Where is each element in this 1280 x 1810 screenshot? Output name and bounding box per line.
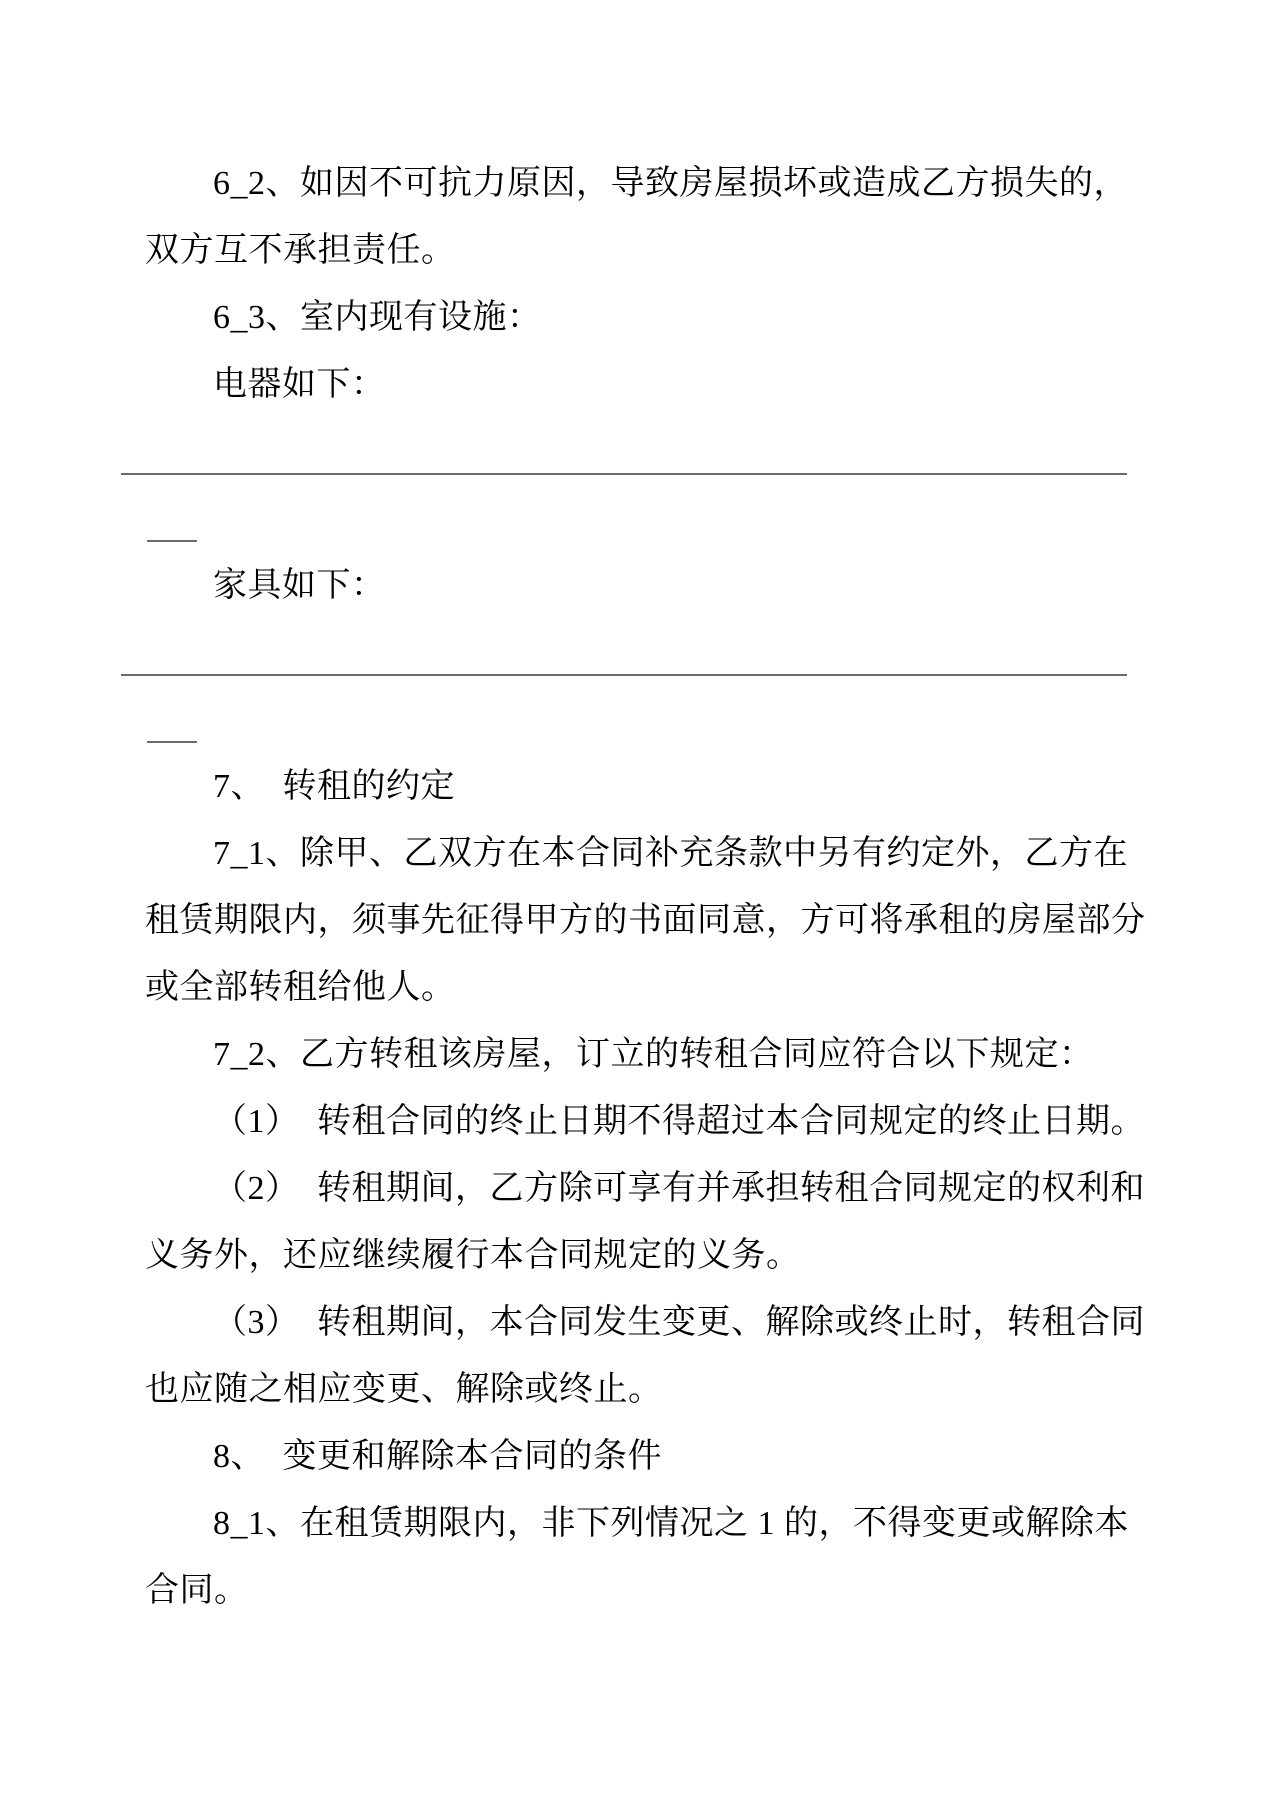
- clause-7-2-item-2-line-2: 义务外，还应继续履行本合同规定的义务。: [145, 1222, 1135, 1289]
- clause-6-2-line-1: 6_2、如因不可抗力原因，导致房屋损坏或造成乙方损失的，: [145, 150, 1135, 217]
- underline-bar: [121, 418, 1127, 475]
- clause-7-1-line-3: 或全部转租给他人。: [145, 954, 1135, 1021]
- appliances-blank-line-long: [145, 418, 1135, 485]
- clause-7-2-item-3-line-2: 也应随之相应变更、解除或终止。: [145, 1356, 1135, 1423]
- clause-7-2-line-1: 7_2、乙方转租该房屋，订立的转租合同应符合以下规定：: [145, 1021, 1135, 1088]
- underline-bar: [147, 686, 197, 743]
- furniture-blank-line-short: [145, 686, 1135, 753]
- clause-7-2-item-3-line-1: （3） 转租期间，本合同发生变更、解除或终止时，转租合同: [145, 1289, 1135, 1356]
- appliances-blank-line-short: [145, 485, 1135, 552]
- underline-bar: [121, 619, 1127, 676]
- clause-8-1-line-2: 合同。: [145, 1557, 1135, 1624]
- clause-7-2-item-2-line-1: （2） 转租期间，乙方除可享有并承担转租合同规定的权利和: [145, 1155, 1135, 1222]
- clause-7-1-line-1: 7_1、除甲、乙双方在本合同补充条款中另有约定外，乙方在: [145, 820, 1135, 887]
- appliances-label: 电器如下：: [145, 351, 1135, 418]
- document-page: 6_2、如因不可抗力原因，导致房屋损坏或造成乙方损失的， 双方互不承担责任。 6…: [0, 0, 1280, 1810]
- clause-7-1-line-2: 租赁期限内，须事先征得甲方的书面同意，方可将承租的房屋部分: [145, 887, 1135, 954]
- clause-8-heading: 8、 变更和解除本合同的条件: [145, 1423, 1135, 1490]
- clause-7-2-item-1: （1） 转租合同的终止日期不得超过本合同规定的终止日期。: [145, 1088, 1135, 1155]
- clause-6-2-line-2: 双方互不承担责任。: [145, 217, 1135, 284]
- furniture-label: 家具如下：: [145, 552, 1135, 619]
- clause-8-1-line-1: 8_1、在租赁期限内，非下列情况之 1 的，不得变更或解除本: [145, 1490, 1135, 1557]
- furniture-blank-line-long: [145, 619, 1135, 686]
- clause-6-3-heading: 6_3、室内现有设施：: [145, 284, 1135, 351]
- clause-7-heading: 7、 转租的约定: [145, 753, 1135, 820]
- underline-bar: [147, 485, 197, 542]
